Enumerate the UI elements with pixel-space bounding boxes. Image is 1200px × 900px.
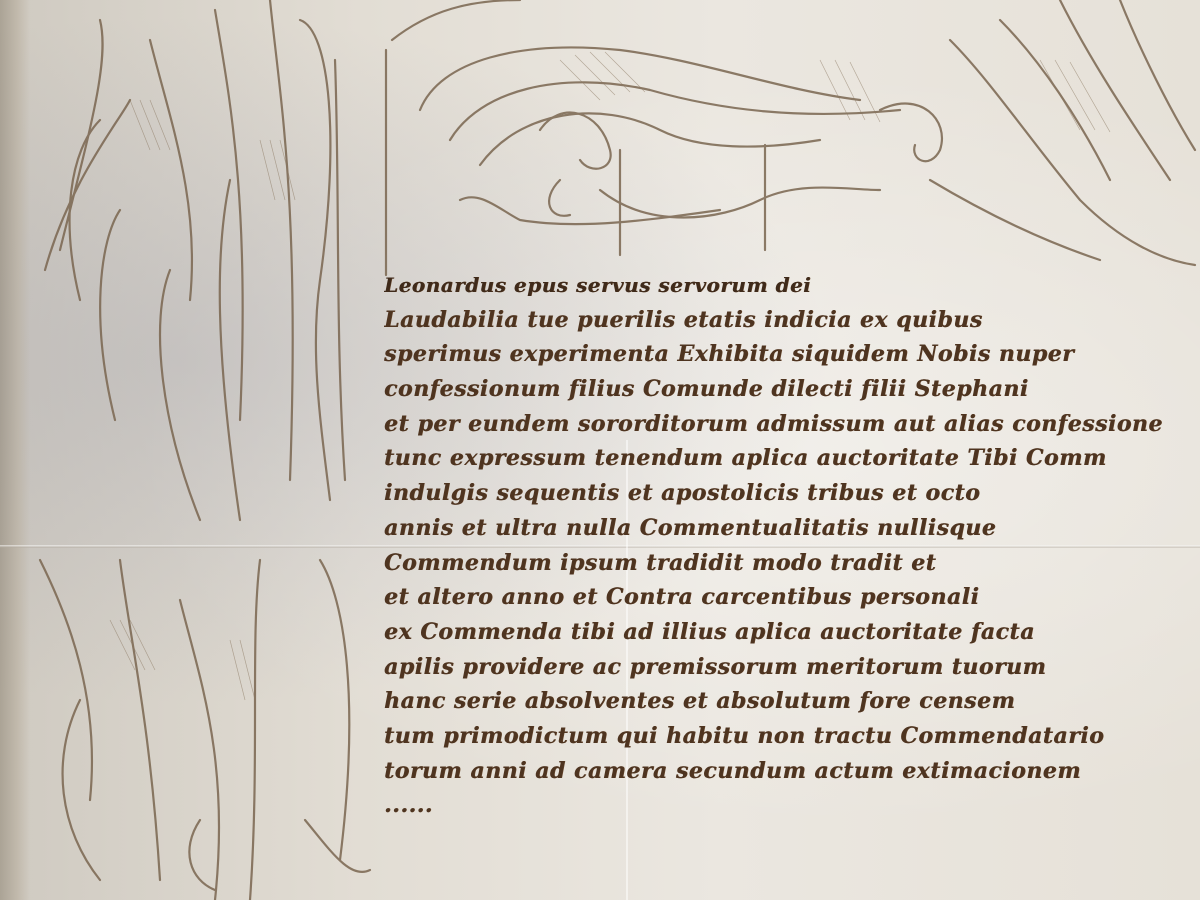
text-line: ...... [384, 788, 1200, 823]
text-line: torum anni ad camera secundum actum exti… [384, 754, 1200, 789]
text-line: tum primodictum qui habitu non tractu Co… [384, 719, 1200, 754]
text-line: ex Commenda tibi ad illius aplica auctor… [384, 615, 1200, 650]
text-line: tunc expressum tenendum aplica auctorita… [384, 441, 1200, 476]
text-line: et altero anno et Contra carcentibus per… [384, 580, 1200, 615]
text-line: et per eundem sororditorum admissum aut … [384, 407, 1200, 442]
text-line: hanc serie absolventes et absolutum fore… [384, 684, 1200, 719]
manuscript-text: Leonardus epus servus servorum dei Lauda… [384, 268, 1200, 823]
text-line: Laudabilia tue puerilis etatis indicia e… [384, 303, 1200, 338]
text-line: annis et ultra nulla Commentualitatis nu… [384, 511, 1200, 546]
text-line: sperimus experimenta Exhibita siquidem N… [384, 337, 1200, 372]
text-line: apilis providere ac premissorum meritoru… [384, 650, 1200, 685]
text-line: Commendum ipsum tradidit modo tradit et [384, 546, 1200, 581]
text-line: Leonardus epus servus servorum dei [384, 268, 1200, 303]
text-line: indulgis sequentis et apostolicis tribus… [384, 476, 1200, 511]
text-line: confessionum filius Comunde dilecti fili… [384, 372, 1200, 407]
